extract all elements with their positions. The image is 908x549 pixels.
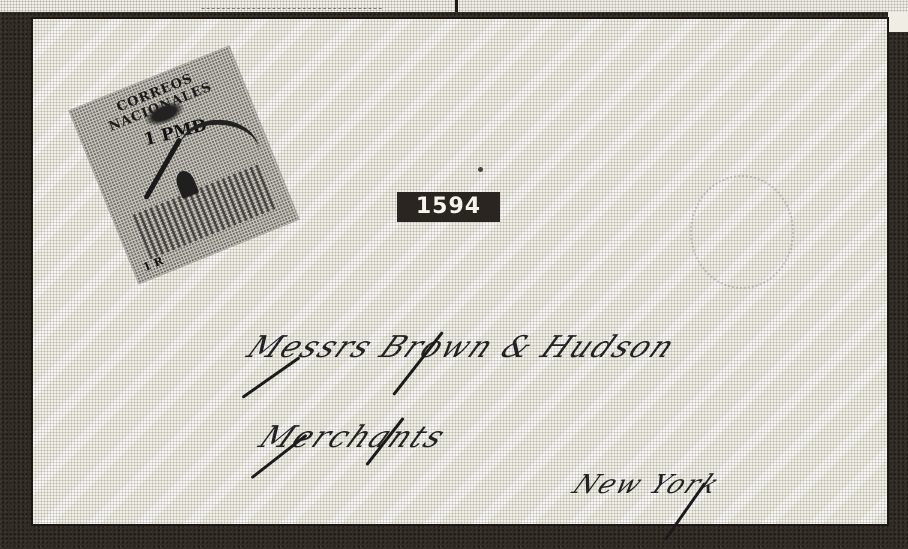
- stamp-bottom-text: 1 R: [141, 254, 165, 274]
- frame-notch: [888, 12, 908, 32]
- lot-number-badge: 1594: [397, 192, 500, 222]
- address-line-1: Messrs Brown & Hudson: [241, 330, 683, 365]
- cover-above-strip-right: [455, 0, 908, 12]
- faint-postmark: [690, 175, 794, 289]
- address-line-2: Merchants: [253, 420, 453, 455]
- ink-dot: [478, 167, 483, 172]
- handwriting-fragment: [201, 0, 389, 9]
